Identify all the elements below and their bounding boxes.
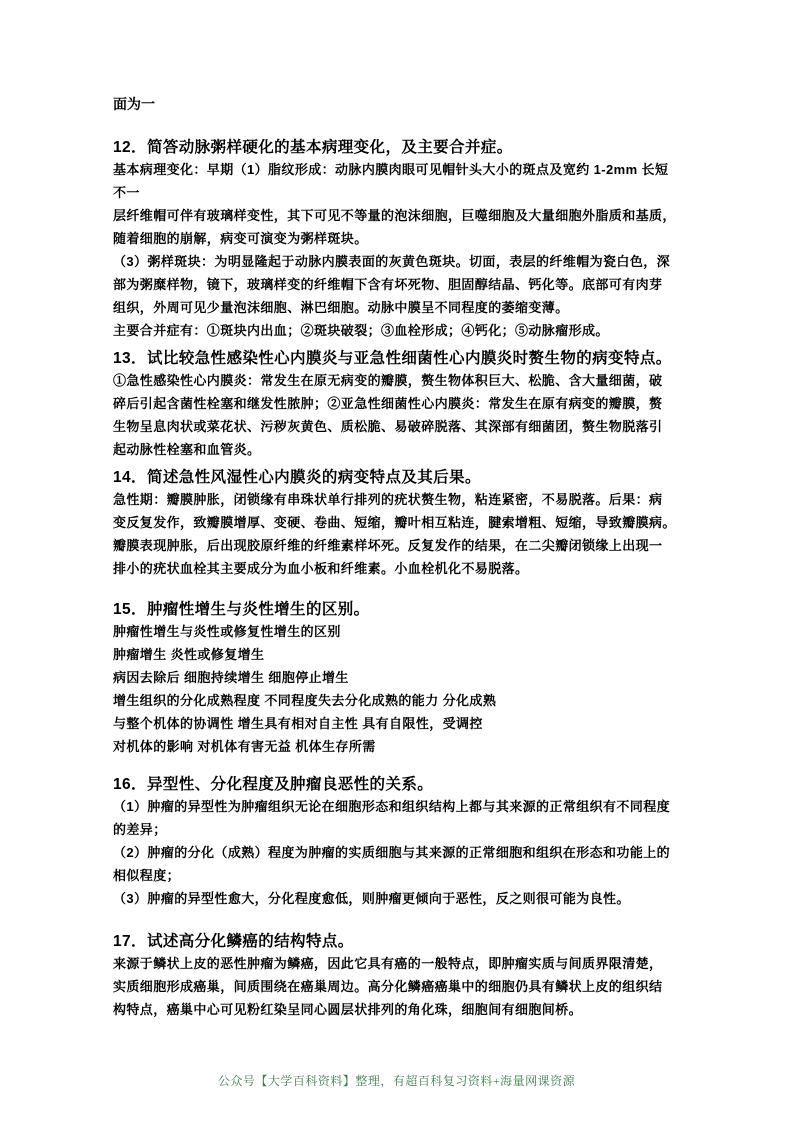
question-14-section: 14．简述急性风湿性心内膜炎的病变特点及其后果。 急性期：瓣膜肿胀，闭锁缘有串珠… [113,468,688,580]
footer-watermark: 公众号【大学百科资料】整理，有超百科复习资料+海量网课资源 [0,1072,793,1089]
question-14-heading: 14．简述急性风湿性心内膜炎的病变特点及其后果。 [113,468,688,487]
question-13-answer: ①急性感染性心内膜炎：常发生在原无病变的瓣膜，赘生物体积巨大、松脆、含大量细菌，… [113,369,688,461]
question-15-heading: 15．肿瘤性增生与炎性增生的区别。 [113,600,688,619]
question-15-answer: 肿瘤性增生与炎性或修复性增生的区别 肿瘤增生 炎性或修复增生 病因去除后 细胞持… [113,620,688,758]
question-12-heading: 12．简答动脉粥样硬化的基本病理变化，及主要合并症。 [113,138,688,157]
intro-text: 面为一 [113,95,688,113]
question-16-answer: （1）肿瘤的异型性为肿瘤组织无论在细胞形态和组织结构上都与其来源的正常组织有不同… [113,795,688,910]
question-17-answer: 来源于鳞状上皮的恶性肿瘤为鳞癌，因此它具有癌的一般特点，即肿瘤实质与间质界限清楚… [113,952,688,1021]
question-17-section: 17．试述高分化鳞癌的结构特点。 来源于鳞状上皮的恶性肿瘤为鳞癌，因此它具有癌的… [113,932,688,1021]
question-15-section: 15．肿瘤性增生与炎性增生的区别。 肿瘤性增生与炎性或修复性增生的区别 肿瘤增生… [113,600,688,758]
question-13-section: 13．试比较急性感染性心内膜炎与亚急性细菌性心内膜炎时赘生物的病变特点。 ①急性… [113,349,688,461]
document-content: 面为一 12．简答动脉粥样硬化的基本病理变化，及主要合并症。 基本病理变化：早期… [113,0,688,1021]
question-12-answer: 基本病理变化：早期（1）脂纹形成：动脉内膜肉眼可见帽针头大小的斑点及宽约 1-2… [113,158,688,342]
question-14-answer: 急性期：瓣膜肿胀，闭锁缘有串珠状单行排列的疣状赘生物，粘连紧密，不易脱落。后果：… [113,488,688,580]
question-16-section: 16．异型性、分化程度及肿瘤良恶性的关系。 （1）肿瘤的异型性为肿瘤组织无论在细… [113,775,688,910]
question-16-heading: 16．异型性、分化程度及肿瘤良恶性的关系。 [113,775,688,794]
question-12-section: 12．简答动脉粥样硬化的基本病理变化，及主要合并症。 基本病理变化：早期（1）脂… [113,138,688,342]
question-17-heading: 17．试述高分化鳞癌的结构特点。 [113,932,688,951]
document-page: 面为一 12．简答动脉粥样硬化的基本病理变化，及主要合并症。 基本病理变化：早期… [0,0,793,1122]
question-13-heading: 13．试比较急性感染性心内膜炎与亚急性细菌性心内膜炎时赘生物的病变特点。 [113,349,688,368]
